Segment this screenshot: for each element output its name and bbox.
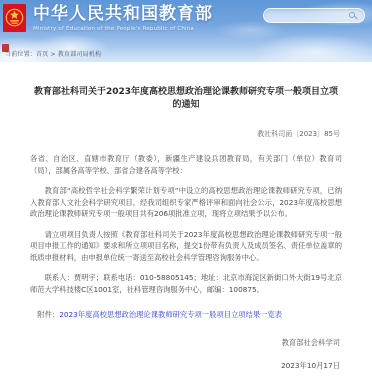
site-logo[interactable]: 中华人民共和国教育部 Ministry of Education of the … xyxy=(3,4,213,32)
attachment-link[interactable]: 2023年度高校思想政治理论课教师研究专项一般项目立项结果一览表 xyxy=(59,310,282,319)
attachment-label: 附件： xyxy=(37,310,59,319)
issue-date: 2023年10月17日 xyxy=(30,361,342,371)
page-title: 教育部社科司关于2023年度高校思想政治理论课教师研究专项一般项目立项的通知 xyxy=(30,86,342,112)
issuing-department: 教育部社会科学司 xyxy=(30,338,342,348)
attachment-row: 附件：2023年度高校思想政治理论课教师研究专项一般项目立项结果一览表 xyxy=(30,309,342,321)
paragraph-1: 教育部“高校哲学社会科学繁荣计划专项”中设立的高校思想政治理论课教师研究专项，已… xyxy=(30,185,342,220)
breadcrumb[interactable]: 当前位置：首页 > 教育部司局机构 xyxy=(5,49,101,58)
national-emblem-icon xyxy=(3,4,26,32)
site-title: 中华人民共和国教育部 xyxy=(33,4,213,24)
search-icon[interactable] xyxy=(349,12,355,18)
page: 中华人民共和国教育部 Ministry of Education of the … xyxy=(0,0,372,378)
site-header: 中华人民共和国教育部 Ministry of Education of the … xyxy=(0,0,372,62)
document-number: 教社科司函〔2023〕85号 xyxy=(30,129,342,139)
paragraph-2: 请立项项目负责人按照《教育部社科司关于2023年度高校思想政治理论课教师研究专项… xyxy=(30,229,342,264)
site-subtitle-en: Ministry of Education of the People's Re… xyxy=(33,26,213,32)
salutation: 各省、自治区、直辖市教育厅（教委），新疆生产建设兵团教育局，有关部门（单位）教育… xyxy=(30,153,342,176)
paragraph-3: 联系人：贾明宇；联系电话：010-58805145；地址：北京市海淀区新街口外大… xyxy=(30,272,342,295)
notice-document: 教育部社科司关于2023年度高校思想政治理论课教师研究专项一般项目立项的通知 教… xyxy=(0,86,372,371)
search-input[interactable] xyxy=(272,9,350,22)
search-box[interactable] xyxy=(263,8,365,23)
